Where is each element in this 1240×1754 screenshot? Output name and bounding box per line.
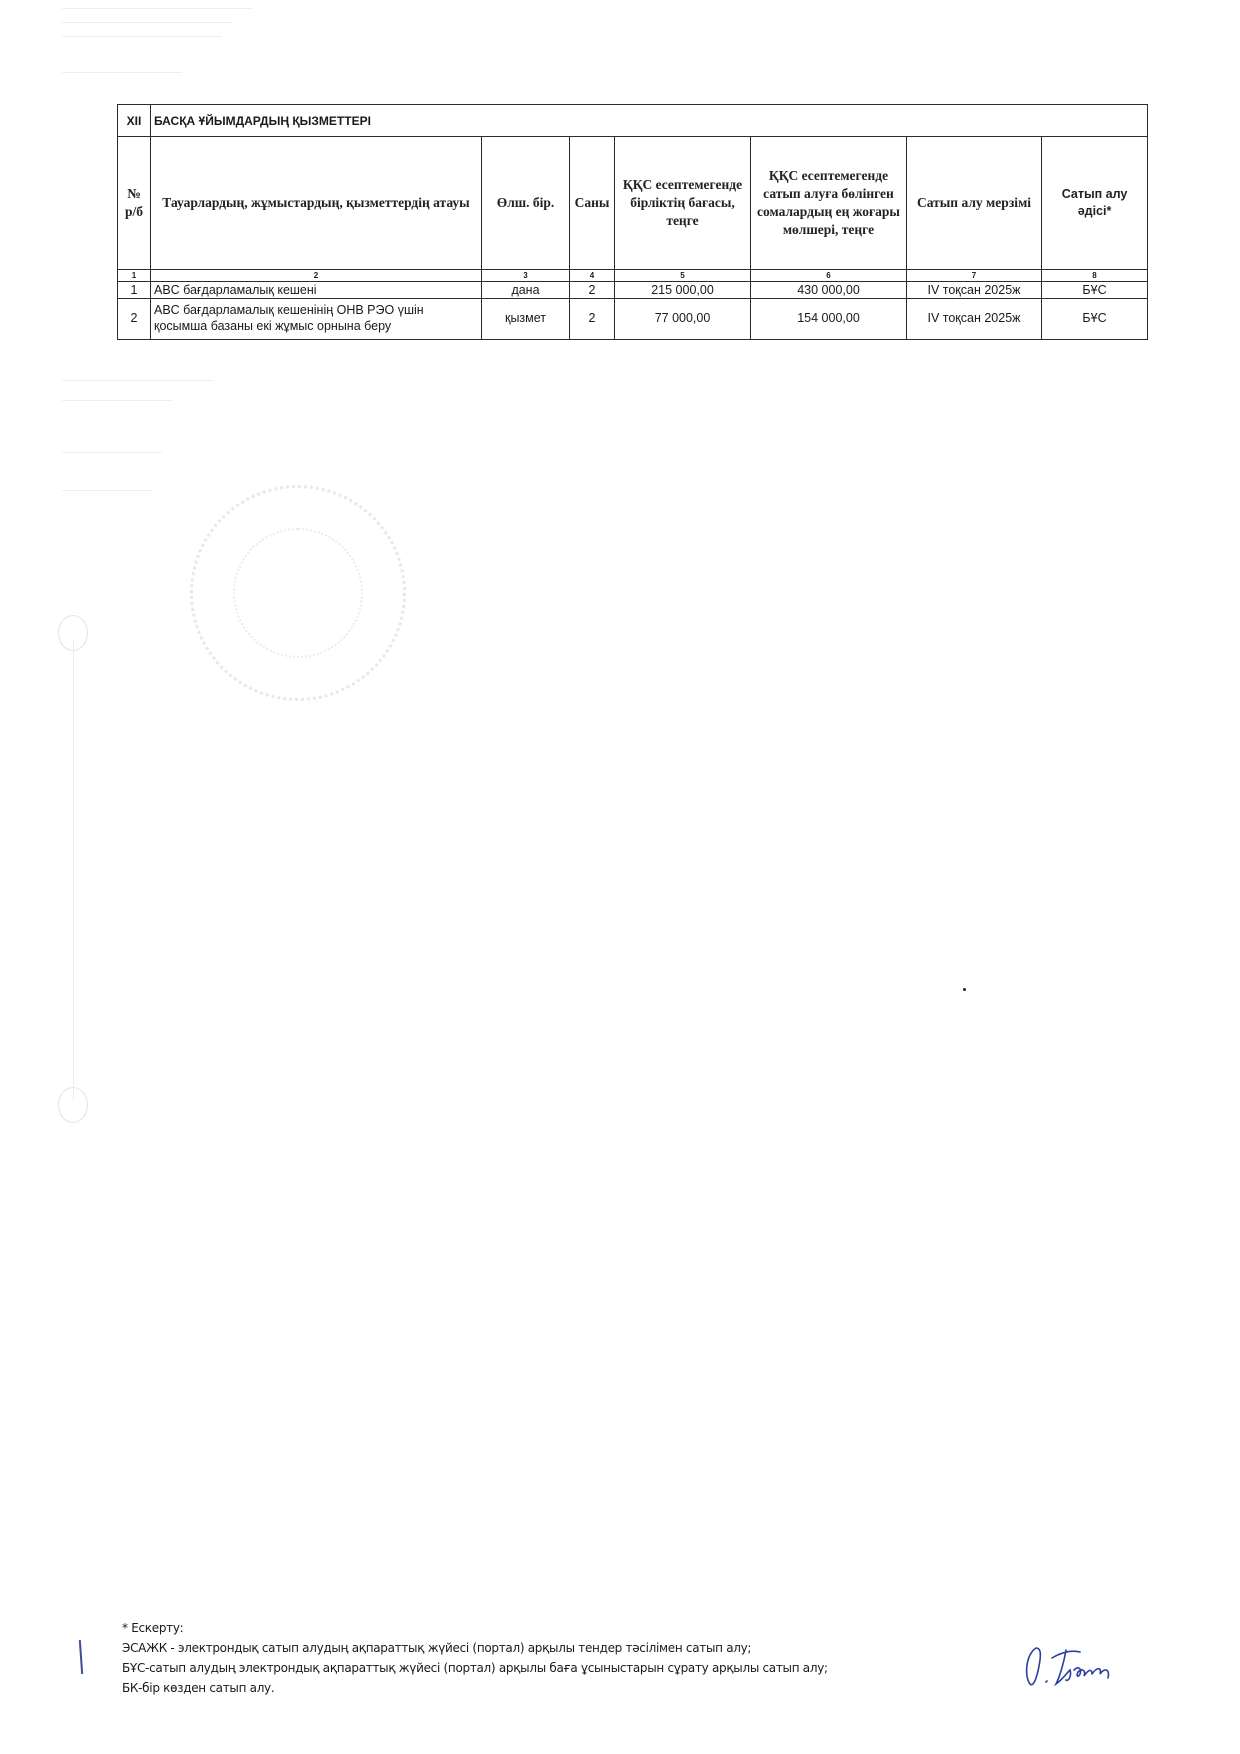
cell-qty: 2	[570, 282, 615, 299]
cell-total: 430 000,00	[751, 282, 907, 299]
cell-no: 2	[118, 299, 151, 340]
cell-unit: дана	[482, 282, 570, 299]
footnote-heading: * Ескерту:	[122, 1618, 828, 1638]
scan-dot	[963, 988, 966, 991]
footnote: * Ескерту: ЭСАЖК - электрондық сатып алу…	[122, 1618, 828, 1698]
signature	[1022, 1640, 1132, 1690]
header-qty: Саны	[570, 137, 615, 270]
cell-unit: қызмет	[482, 299, 570, 340]
column-index: 7	[907, 270, 1042, 282]
section-title-row: XII БАСҚА ҰЙЫМДАРДЫҢ ҚЫЗМЕТТЕРІ	[118, 105, 1148, 137]
cell-period: IV тоқсан 2025ж	[907, 282, 1042, 299]
cell-unit-price: 77 000,00	[615, 299, 751, 340]
cell-unit-price: 215 000,00	[615, 282, 751, 299]
footnote-line: БҰС-сатып алудың электрондық ақпараттық …	[122, 1658, 828, 1678]
header-total: ҚҚС есептемегенде сатып алуға бөлінген с…	[751, 137, 907, 270]
column-index: 1	[118, 270, 151, 282]
section-number: XII	[118, 105, 151, 137]
margin-line	[73, 640, 74, 1100]
column-index-row: 1 2 3 4 5 6 7 8	[118, 270, 1148, 282]
cell-method: БҰС	[1042, 282, 1148, 299]
cell-method: БҰС	[1042, 299, 1148, 340]
table-row: 2 ABC бағдарламалық кешенінің ОНВ РЭО үш…	[118, 299, 1148, 340]
section-title: БАСҚА ҰЙЫМДАРДЫҢ ҚЫЗМЕТТЕРІ	[151, 105, 1148, 137]
header-method: Сатып алу әдісі*	[1042, 137, 1148, 270]
cell-name: ABC бағдарламалық кешенінің ОНВ РЭО үшін…	[151, 299, 482, 340]
header-no: № р/б	[118, 137, 151, 270]
faded-stamp	[190, 485, 406, 701]
cell-name: ABC бағдарламалық кешені	[151, 282, 482, 299]
table-row: 1 ABC бағдарламалық кешені дана 2 215 00…	[118, 282, 1148, 299]
footnote-line: ЭСАЖК - электрондық сатып алудың ақпарат…	[122, 1638, 828, 1658]
column-index: 3	[482, 270, 570, 282]
column-index: 4	[570, 270, 615, 282]
cell-total: 154 000,00	[751, 299, 907, 340]
column-index: 8	[1042, 270, 1148, 282]
header-row: № р/б Тауарлардың, жұмыстардың, қызметте…	[118, 137, 1148, 270]
header-name: Тауарлардың, жұмыстардың, қызметтердің а…	[151, 137, 482, 270]
header-unit-price: ҚҚС есептемегенде бірліктің бағасы, теңг…	[615, 137, 751, 270]
cell-no: 1	[118, 282, 151, 299]
cell-qty: 2	[570, 299, 615, 340]
margin-pen-mark	[79, 1640, 83, 1674]
column-index: 2	[151, 270, 482, 282]
column-index: 6	[751, 270, 907, 282]
cell-period: IV тоқсан 2025ж	[907, 299, 1042, 340]
header-period: Сатып алу мерзімі	[907, 137, 1042, 270]
header-unit: Өлш. бір.	[482, 137, 570, 270]
column-index: 5	[615, 270, 751, 282]
footnote-line: БК-бір көзден сатып алу.	[122, 1678, 828, 1698]
procurement-table: XII БАСҚА ҰЙЫМДАРДЫҢ ҚЫЗМЕТТЕРІ № р/б Та…	[117, 104, 1148, 340]
